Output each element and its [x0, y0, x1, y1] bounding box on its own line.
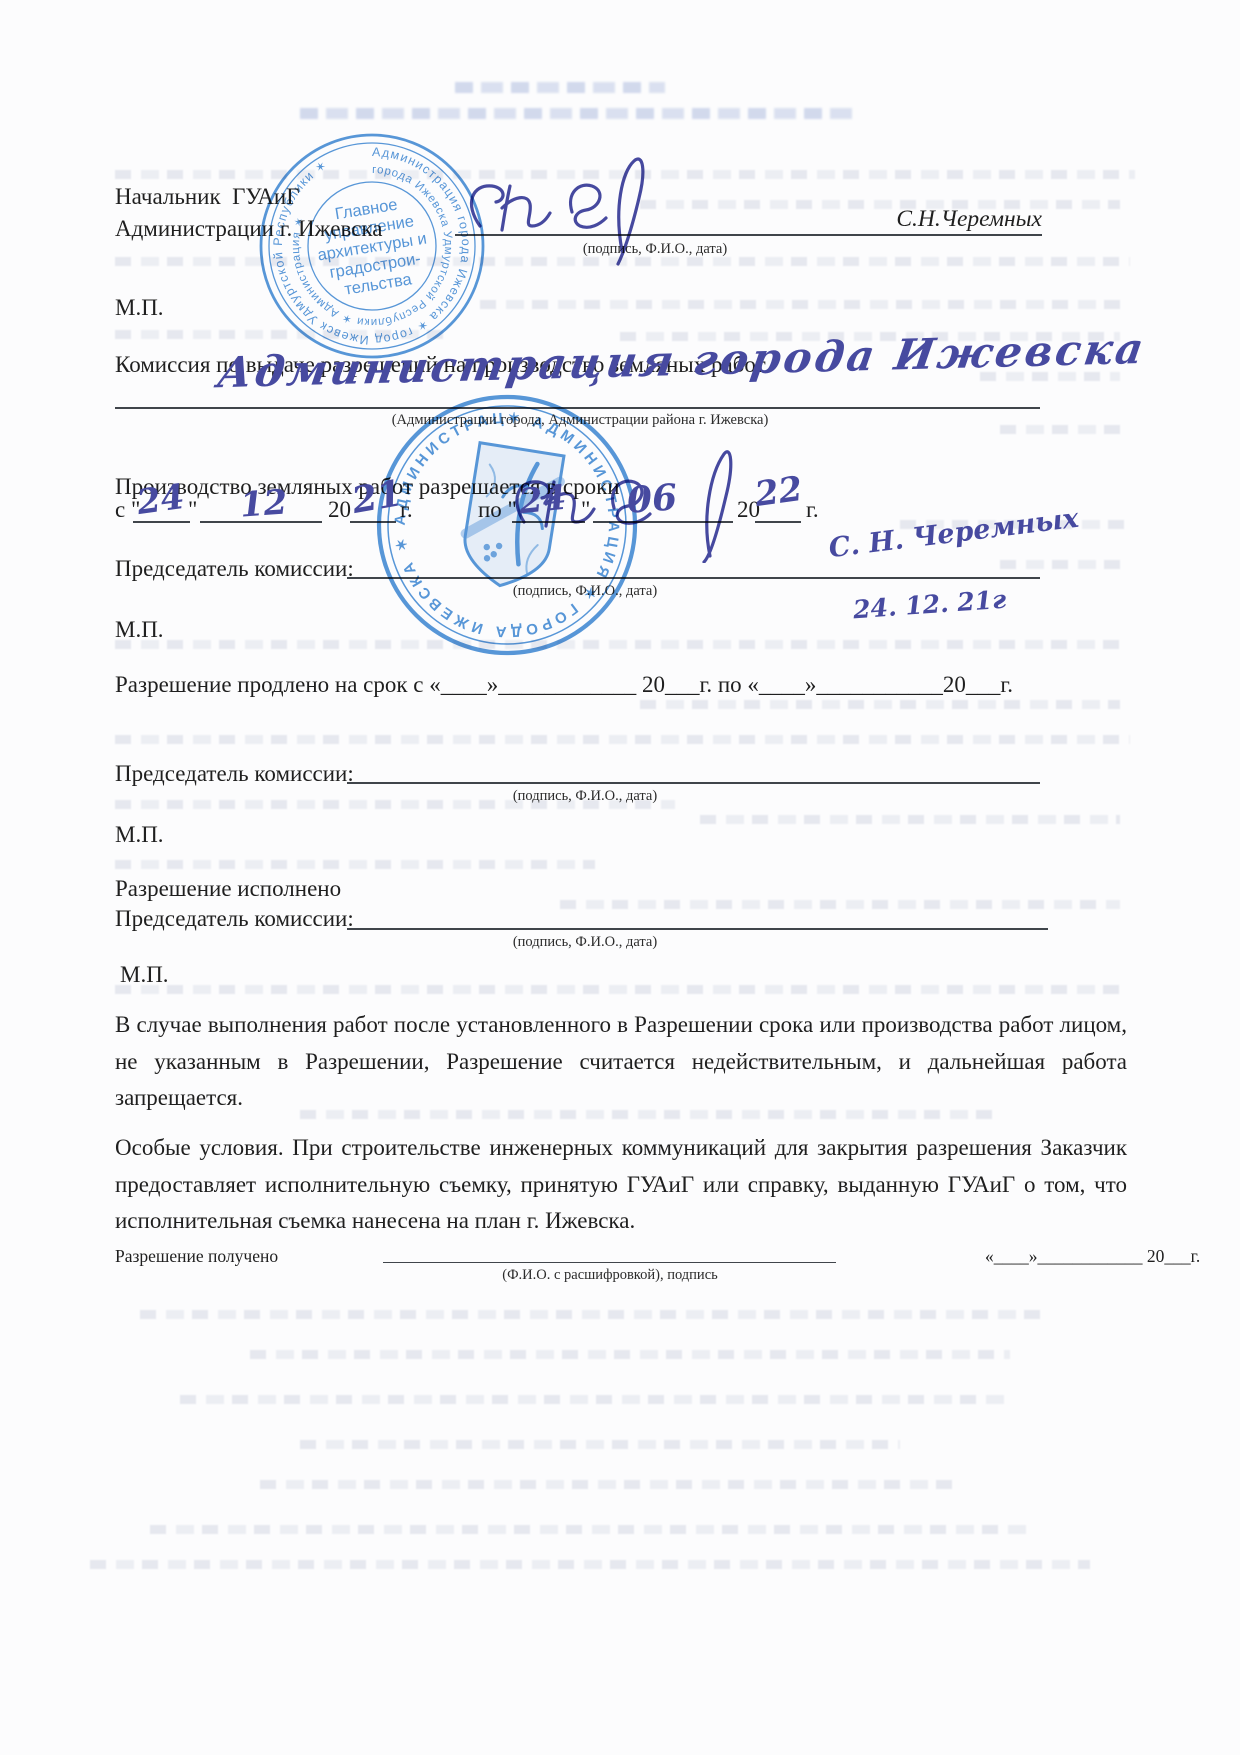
- chairman1-handwritten-name: С. Н. Черемных: [827, 503, 1080, 564]
- bleed-through-line: [250, 1350, 1010, 1359]
- chairman2-label: Председатель комиссии:: [115, 761, 354, 787]
- bleed-through-line: [480, 300, 1120, 309]
- period-from-year-handwritten: 21: [349, 472, 406, 522]
- period-from-month-handwritten: 12: [239, 482, 289, 525]
- received-caption: (Ф.И.О. с расшифровкой), подпись: [420, 1267, 800, 1284]
- to-year-blank: [755, 521, 801, 523]
- chairman1-handwritten-date: 24. 12. 21г: [852, 585, 1007, 625]
- received-date-blank: «____»____________ 20___г.: [985, 1246, 1200, 1266]
- sign-caption: (подпись, Ф.И.О., дата): [430, 934, 740, 951]
- bleed-through-line: [1000, 560, 1130, 569]
- prolongation-line: Разрешение продлено на срок с «____»____…: [115, 672, 1013, 698]
- period-from-century: 20: [328, 497, 351, 523]
- bleed-through-line: [560, 900, 1120, 909]
- bleed-through-line: [115, 735, 1130, 744]
- clause-invalid-paragraph: В случае выполнения работ после установл…: [115, 1007, 1127, 1117]
- chief-signature: [450, 156, 670, 266]
- chairman2-signature-line: [347, 782, 1040, 784]
- seal-place-mark: М.П.: [120, 962, 169, 988]
- sign-caption: (подпись, Ф.И.О., дата): [430, 788, 740, 805]
- seal-place-mark: М.П.: [115, 295, 164, 321]
- bleed-through-line: [300, 108, 860, 119]
- period-to-day-handwritten: 24: [517, 478, 568, 523]
- received-label: Разрешение получено: [115, 1246, 278, 1266]
- period-to-year-handwritten: 22: [752, 469, 804, 515]
- chairman3-label: Председатель комиссии:: [115, 906, 354, 932]
- chairman1-label: Председатель комиссии:: [115, 556, 354, 582]
- seal-place-mark: М.П.: [115, 822, 164, 848]
- bleed-through-line: [455, 82, 665, 93]
- clause-special-paragraph: Особые условия. При строительстве инжене…: [115, 1130, 1127, 1240]
- period-to-suffix: г.: [806, 497, 819, 523]
- bleed-through-line: [180, 1395, 1010, 1404]
- bleed-through-line: [300, 1440, 900, 1449]
- seal-place-mark: М.П.: [115, 617, 164, 643]
- bleed-through-line: [115, 860, 595, 869]
- received-signature-line: [383, 1262, 836, 1263]
- bleed-through-line: [115, 985, 1125, 994]
- executed-heading: Разрешение исполнено: [115, 876, 341, 902]
- bleed-through-line: [640, 700, 1120, 709]
- bleed-through-line: [140, 1310, 1040, 1319]
- period-from-day-handwritten: 24: [134, 477, 186, 523]
- bleed-through-line: [150, 1525, 1030, 1534]
- chairman3-signature-line: [347, 928, 1048, 930]
- bleed-through-line: [260, 1480, 960, 1489]
- bleed-through-line: [90, 1560, 1090, 1569]
- bleed-through-line: [1000, 425, 1120, 434]
- seal-center-text: Главное управление архитектуры и градост…: [310, 192, 434, 302]
- period-to-month-handwritten: 06: [626, 476, 679, 521]
- approver-name: С.Н.Черемных: [820, 206, 1042, 233]
- scanned-permit-page: Администрация города Ижевска ✶ город Иже…: [0, 0, 1240, 1755]
- period-from-quote: ": [188, 497, 197, 523]
- bleed-through-line: [700, 815, 1120, 824]
